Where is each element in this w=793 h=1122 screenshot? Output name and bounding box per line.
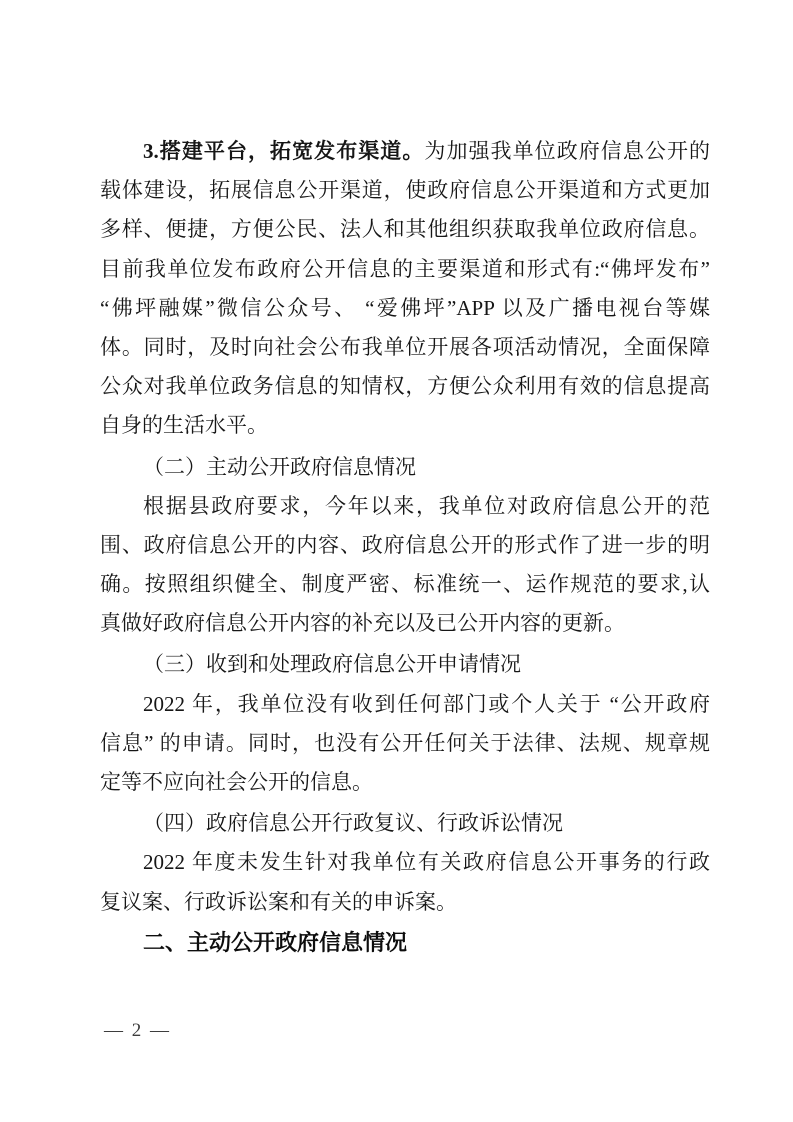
section-heading-2: （二）主动公开政府信息情况 — [100, 448, 710, 487]
section-heading-main-2: 二、主动公开政府信息情况 — [100, 923, 710, 962]
paragraph-1-line-5: “佛坪融媒”微信公众号、 “爱佛坪”APP 以及广播电视台等媒 — [100, 289, 710, 328]
paragraph-1-line-1-text: 为加强我单位政府信息公开的 — [424, 139, 710, 163]
paragraph-1-line-6: 体。同时，及时向社会公布我单位开展各项活动情况，全面保障 — [100, 328, 710, 367]
paragraph-3-line-1: 2022 年，我单位没有收到任何部门或个人关于 “公开政府 — [100, 685, 710, 724]
paragraph-1-bold-lead: 3.搭建平台，拓宽发布渠道。 — [143, 139, 424, 163]
paragraph-1-line-3: 多样、便捷，方便公民、法人和其他组织获取我单位政府信息。 — [100, 210, 710, 249]
paragraph-4-line-1: 2022 年度未发生针对我单位有关政府信息公开事务的行政 — [100, 843, 710, 882]
paragraph-1-line-1: 3.搭建平台，拓宽发布渠道。为加强我单位政府信息公开的 — [100, 132, 710, 171]
paragraph-3-line-3: 定等不应向社会公开的信息。 — [100, 763, 710, 802]
paragraph-4-line-2: 复议案、行政诉讼案和有关的申诉案。 — [100, 883, 710, 922]
section-heading-3: （三）收到和处理政府信息公开申请情况 — [100, 645, 710, 684]
paragraph-2-line-3: 确。按照组织健全、制度严密、标准统一、运作规范的要求,认 — [100, 565, 710, 604]
paragraph-2-line-1: 根据县政府要求，今年以来，我单位对政府信息公开的范 — [100, 487, 710, 526]
paragraph-1-line-4: 目前我单位发布政府公开信息的主要渠道和形式有:“佛坪发布” — [100, 250, 710, 289]
paragraph-2-line-2: 围、政府信息公开的内容、政府信息公开的形式作了进一步的明 — [100, 526, 710, 565]
paragraph-1-line-8: 自身的生活水平。 — [100, 406, 710, 445]
paragraph-2-line-4: 真做好政府信息公开内容的补充以及已公开内容的更新。 — [100, 604, 710, 643]
paragraph-3-line-2: 信息” 的申请。同时，也没有公开任何关于法律、法规、规章规 — [100, 724, 710, 763]
paragraph-1-line-7: 公众对我单位政务信息的知情权，方便公众利用有效的信息提高 — [100, 367, 710, 406]
section-heading-4: （四）政府信息公开行政复议、行政诉讼情况 — [100, 804, 710, 843]
document-page: 3.搭建平台，拓宽发布渠道。为加强我单位政府信息公开的 载体建设，拓展信息公开渠… — [0, 0, 793, 1122]
document-text-block: 3.搭建平台，拓宽发布渠道。为加强我单位政府信息公开的 载体建设，拓展信息公开渠… — [100, 132, 710, 962]
paragraph-1-line-2: 载体建设，拓展信息公开渠道，使政府信息公开渠道和方式更加 — [100, 171, 710, 210]
page-number: — 2 — — [104, 1020, 171, 1042]
